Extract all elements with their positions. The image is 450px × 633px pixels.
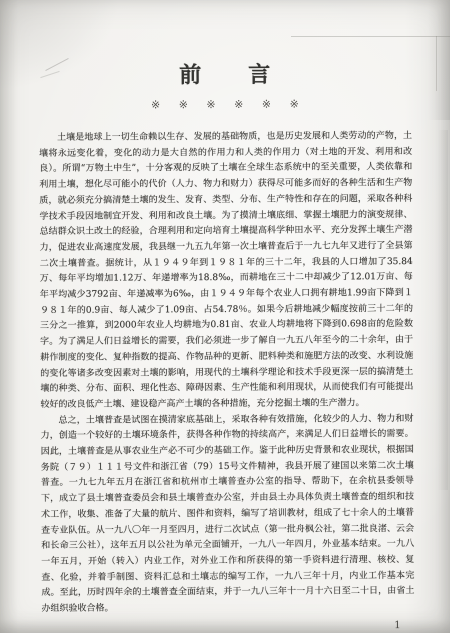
scanned-page: 前 言 ※ ※ ※ ※ ※ ※ 土壤是地球上一切生命赖以生存、发展的基础物质，也… — [0, 0, 450, 633]
body-text: 土壤是地球上一切生命赖以生存、发展的基础物质，也是历史发展和人类劳动的产物，土壤… — [39, 129, 415, 618]
paragraph-1: 土壤是地球上一切生命赖以生存、发展的基础物质，也是历史发展和人类劳动的产物，土壤… — [39, 129, 413, 414]
page-title: 前 言 — [39, 57, 412, 90]
page-number: 1 — [42, 620, 415, 633]
page-content: 前 言 ※ ※ ※ ※ ※ ※ 土壤是地球上一切生命赖以生存、发展的基础物质，也… — [0, 0, 450, 633]
ornament-divider: ※ ※ ※ ※ ※ ※ — [39, 97, 412, 112]
paragraph-2: 总之，土壤普查是试图在摸清家底基础上，采取各种有效措施，化较少的人力、物力和财力… — [41, 412, 415, 618]
